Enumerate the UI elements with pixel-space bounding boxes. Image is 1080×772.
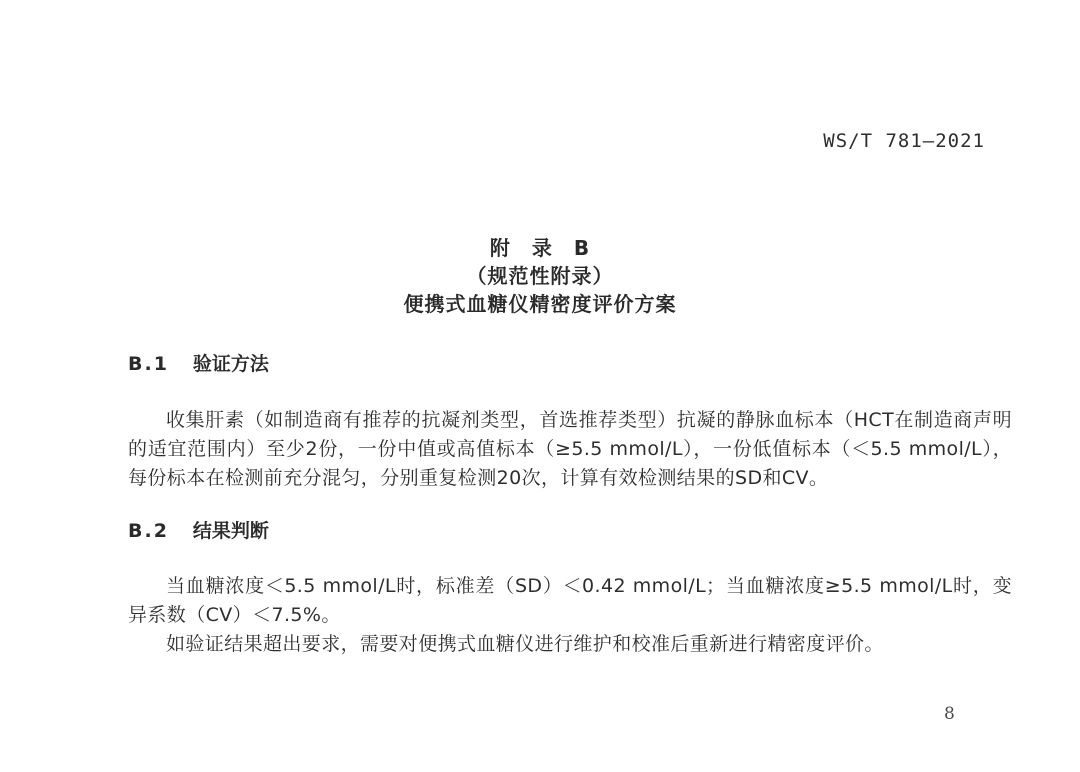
section-b1-title: 验证方法: [193, 353, 269, 375]
paragraph: 收集肝素（如制造商有推荐的抗凝剂类型，首选推荐类型）抗凝的静脉血标本（HCT在制…: [128, 406, 1012, 493]
section-b2-body: 当血糖浓度＜5.5 mmol/L时，标准差（SD）＜0.42 mmol/L；当血…: [128, 572, 1012, 659]
appendix-subtitle: （规范性附录）: [0, 262, 1080, 290]
section-b2-title: 结果判断: [193, 520, 269, 542]
appendix-title: 附 录 B: [0, 234, 1080, 262]
document-page: WS/T 781—2021 附 录 B （规范性附录） 便携式血糖仪精密度评价方…: [0, 0, 1080, 772]
section-b2-heading: B.2结果判断: [128, 516, 269, 543]
standard-number: WS/T 781—2021: [823, 130, 985, 152]
appendix-title-block: 附 录 B （规范性附录） 便携式血糖仪精密度评价方案: [0, 234, 1080, 318]
section-b1-number: B.1: [128, 353, 169, 375]
paragraph: 当血糖浓度＜5.5 mmol/L时，标准差（SD）＜0.42 mmol/L；当血…: [128, 572, 1012, 630]
section-b2-number: B.2: [128, 520, 169, 542]
section-b1-heading: B.1验证方法: [128, 349, 269, 376]
paragraph: 如验证结果超出要求，需要对便携式血糖仪进行维护和校准后重新进行精密度评价。: [128, 630, 1012, 659]
appendix-name: 便携式血糖仪精密度评价方案: [0, 290, 1080, 318]
page-number: 8: [944, 704, 955, 724]
section-b1-body: 收集肝素（如制造商有推荐的抗凝剂类型，首选推荐类型）抗凝的静脉血标本（HCT在制…: [128, 406, 1012, 493]
